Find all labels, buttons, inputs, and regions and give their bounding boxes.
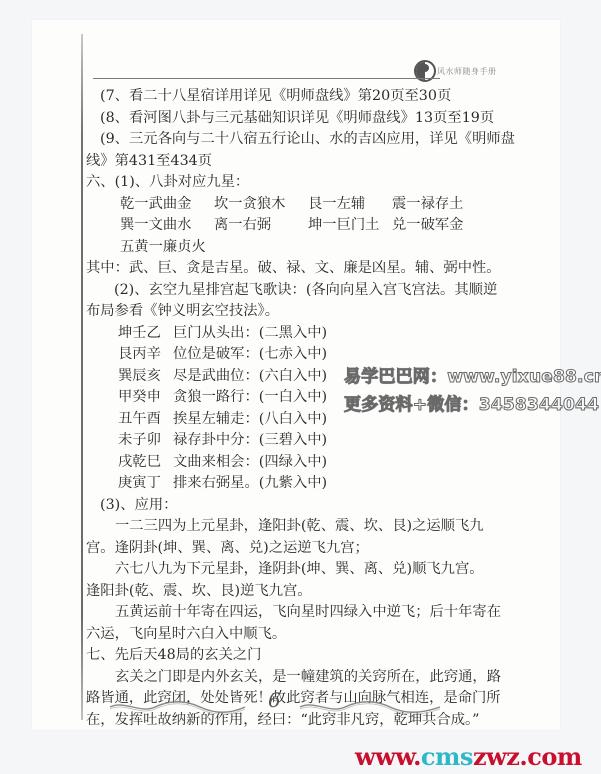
trigram-cell: 巽一文曲水: [120, 215, 214, 237]
binding-line: [81, 34, 83, 720]
reference-item-9-cont: 线》第431至434页: [86, 151, 520, 173]
paragraph-line: 玄关之门即是内外玄关，是一幢建筑的关窍所在，此窍通，路: [86, 667, 520, 689]
verse-key: 甲癸申: [118, 387, 173, 409]
reference-item-9: (9、三元各向与二十八宿五行论山、水的吉凶应用，详见《明师盘: [100, 129, 520, 151]
verse-text: 文曲来相会：(四绿入中): [173, 452, 327, 474]
trigram-row: 乾一武曲金 坎一贪狼木 艮一左辅 震一禄存土: [100, 194, 520, 216]
watermark-site-line: 易学巴巴网：www.yixue88.cn: [344, 362, 601, 387]
header-rule: [93, 78, 440, 79]
trigram-cell: 五黄一廉贞火: [120, 237, 206, 259]
trigram-cell: 离一右弼: [214, 215, 308, 237]
verse-line: 庚寅丁排来右弼星。(九紫入中): [100, 473, 520, 495]
section-7-heading: 七、先后天48局的玄关之门: [86, 645, 520, 667]
page-number: 6: [268, 688, 281, 712]
trigram-cell: 坎一贪狼木: [214, 194, 308, 216]
reference-item-8: (8、看河图八卦与三元基础知识详见《明师盘线》13页至19页: [100, 108, 520, 130]
watermark-contact-line: 更多资料+微信：3458344044: [344, 390, 599, 415]
verse-text: 尽是武曲位：(六白入中): [173, 366, 327, 388]
trigram-cell: 震一禄存土: [392, 194, 463, 216]
verse-text: 禄存卦中分：(三碧入中): [173, 430, 327, 452]
verse-key: 艮丙辛: [118, 344, 173, 366]
site-watermark: www.cmszwz.com: [355, 742, 582, 771]
verse-text: 巨门从头出：(二黑入中): [173, 323, 327, 345]
paragraph-line: 五黄运前十年寄在四运，飞向星时四绿入中逆飞；后十年寄在: [86, 602, 520, 624]
trigram-cell: 坤一巨门土: [308, 215, 392, 237]
verse-key: 坤壬乙: [118, 323, 173, 345]
paragraph-line: 六运，飞向星时六白入中顺飞。: [86, 624, 520, 646]
section-6-heading: 六、(1)、八卦对应九星：: [86, 172, 520, 194]
verse-key: 丑午酉: [118, 409, 173, 431]
site-watermark-part: zwz.com: [473, 742, 582, 771]
trigram-row: 五黄一廉贞火: [100, 237, 520, 259]
verse-text: 挨星左辅走：(八白入中): [173, 409, 327, 431]
site-watermark-part: www.: [355, 742, 421, 771]
paragraph-line: 一二三四为上元星卦，逢阳卦(乾、震、坎、艮)之运顺飞九: [86, 516, 520, 538]
paragraph-line: 逢阳卦(乾、震、坎、艮)逆飞九宫。: [86, 581, 520, 603]
verse-key: 庚寅丁: [118, 473, 173, 495]
trigram-cell: 乾一武曲金: [120, 194, 214, 216]
trigram-cell: 兑一破军金: [392, 215, 463, 237]
verse-key: 未子卯: [118, 430, 173, 452]
section-6-2-heading: (2)、玄空九星排宫起飞歌诀：(各向向星入宫飞宫法。其顺逆: [100, 280, 520, 302]
verse-text: 位位是破军：(七赤入中): [173, 344, 327, 366]
verse-line: 未子卯禄存卦中分：(三碧入中): [100, 430, 520, 452]
verse-line: 戌乾巳文曲来相会：(四绿入中): [100, 452, 520, 474]
verse-text: 排来右弼星。(九紫入中): [173, 473, 327, 495]
site-watermark-part: cms: [421, 742, 473, 771]
reference-item-7: (7、看二十八星宿详用详见《明师盘线》第20页至30页: [100, 86, 520, 108]
verse-line: 坤壬乙巨门从头出：(二黑入中): [100, 323, 520, 345]
paragraph-line: 宫。逢阴卦(坤、巽、离、兑)之运逆飞九宫；: [86, 538, 520, 560]
paragraph-line: 六七八九为下元星卦，逢阴卦(坤、巽、离、兑)顺飞九宫。: [86, 559, 520, 581]
verse-key: 巽辰亥: [118, 366, 173, 388]
section-6-3-heading: (3)、应用：: [100, 495, 520, 517]
verse-key: 戌乾巳: [118, 452, 173, 474]
running-header-title: 风水师随身手册: [437, 66, 497, 77]
verse-text: 贪狼一路行：(一白入中): [173, 387, 327, 409]
section-6-2-cont: 布局参看《钟义明玄空技法》。: [86, 301, 520, 323]
star-classification: 其中：武、巨、贪是吉星。破、禄、文、廉是凶星。辅、弼中性。: [86, 258, 520, 280]
trigram-row: 巽一文曲水 离一右弼 坤一巨门土 兑一破军金: [100, 215, 520, 237]
trigram-cell: 艮一左辅: [308, 194, 392, 216]
